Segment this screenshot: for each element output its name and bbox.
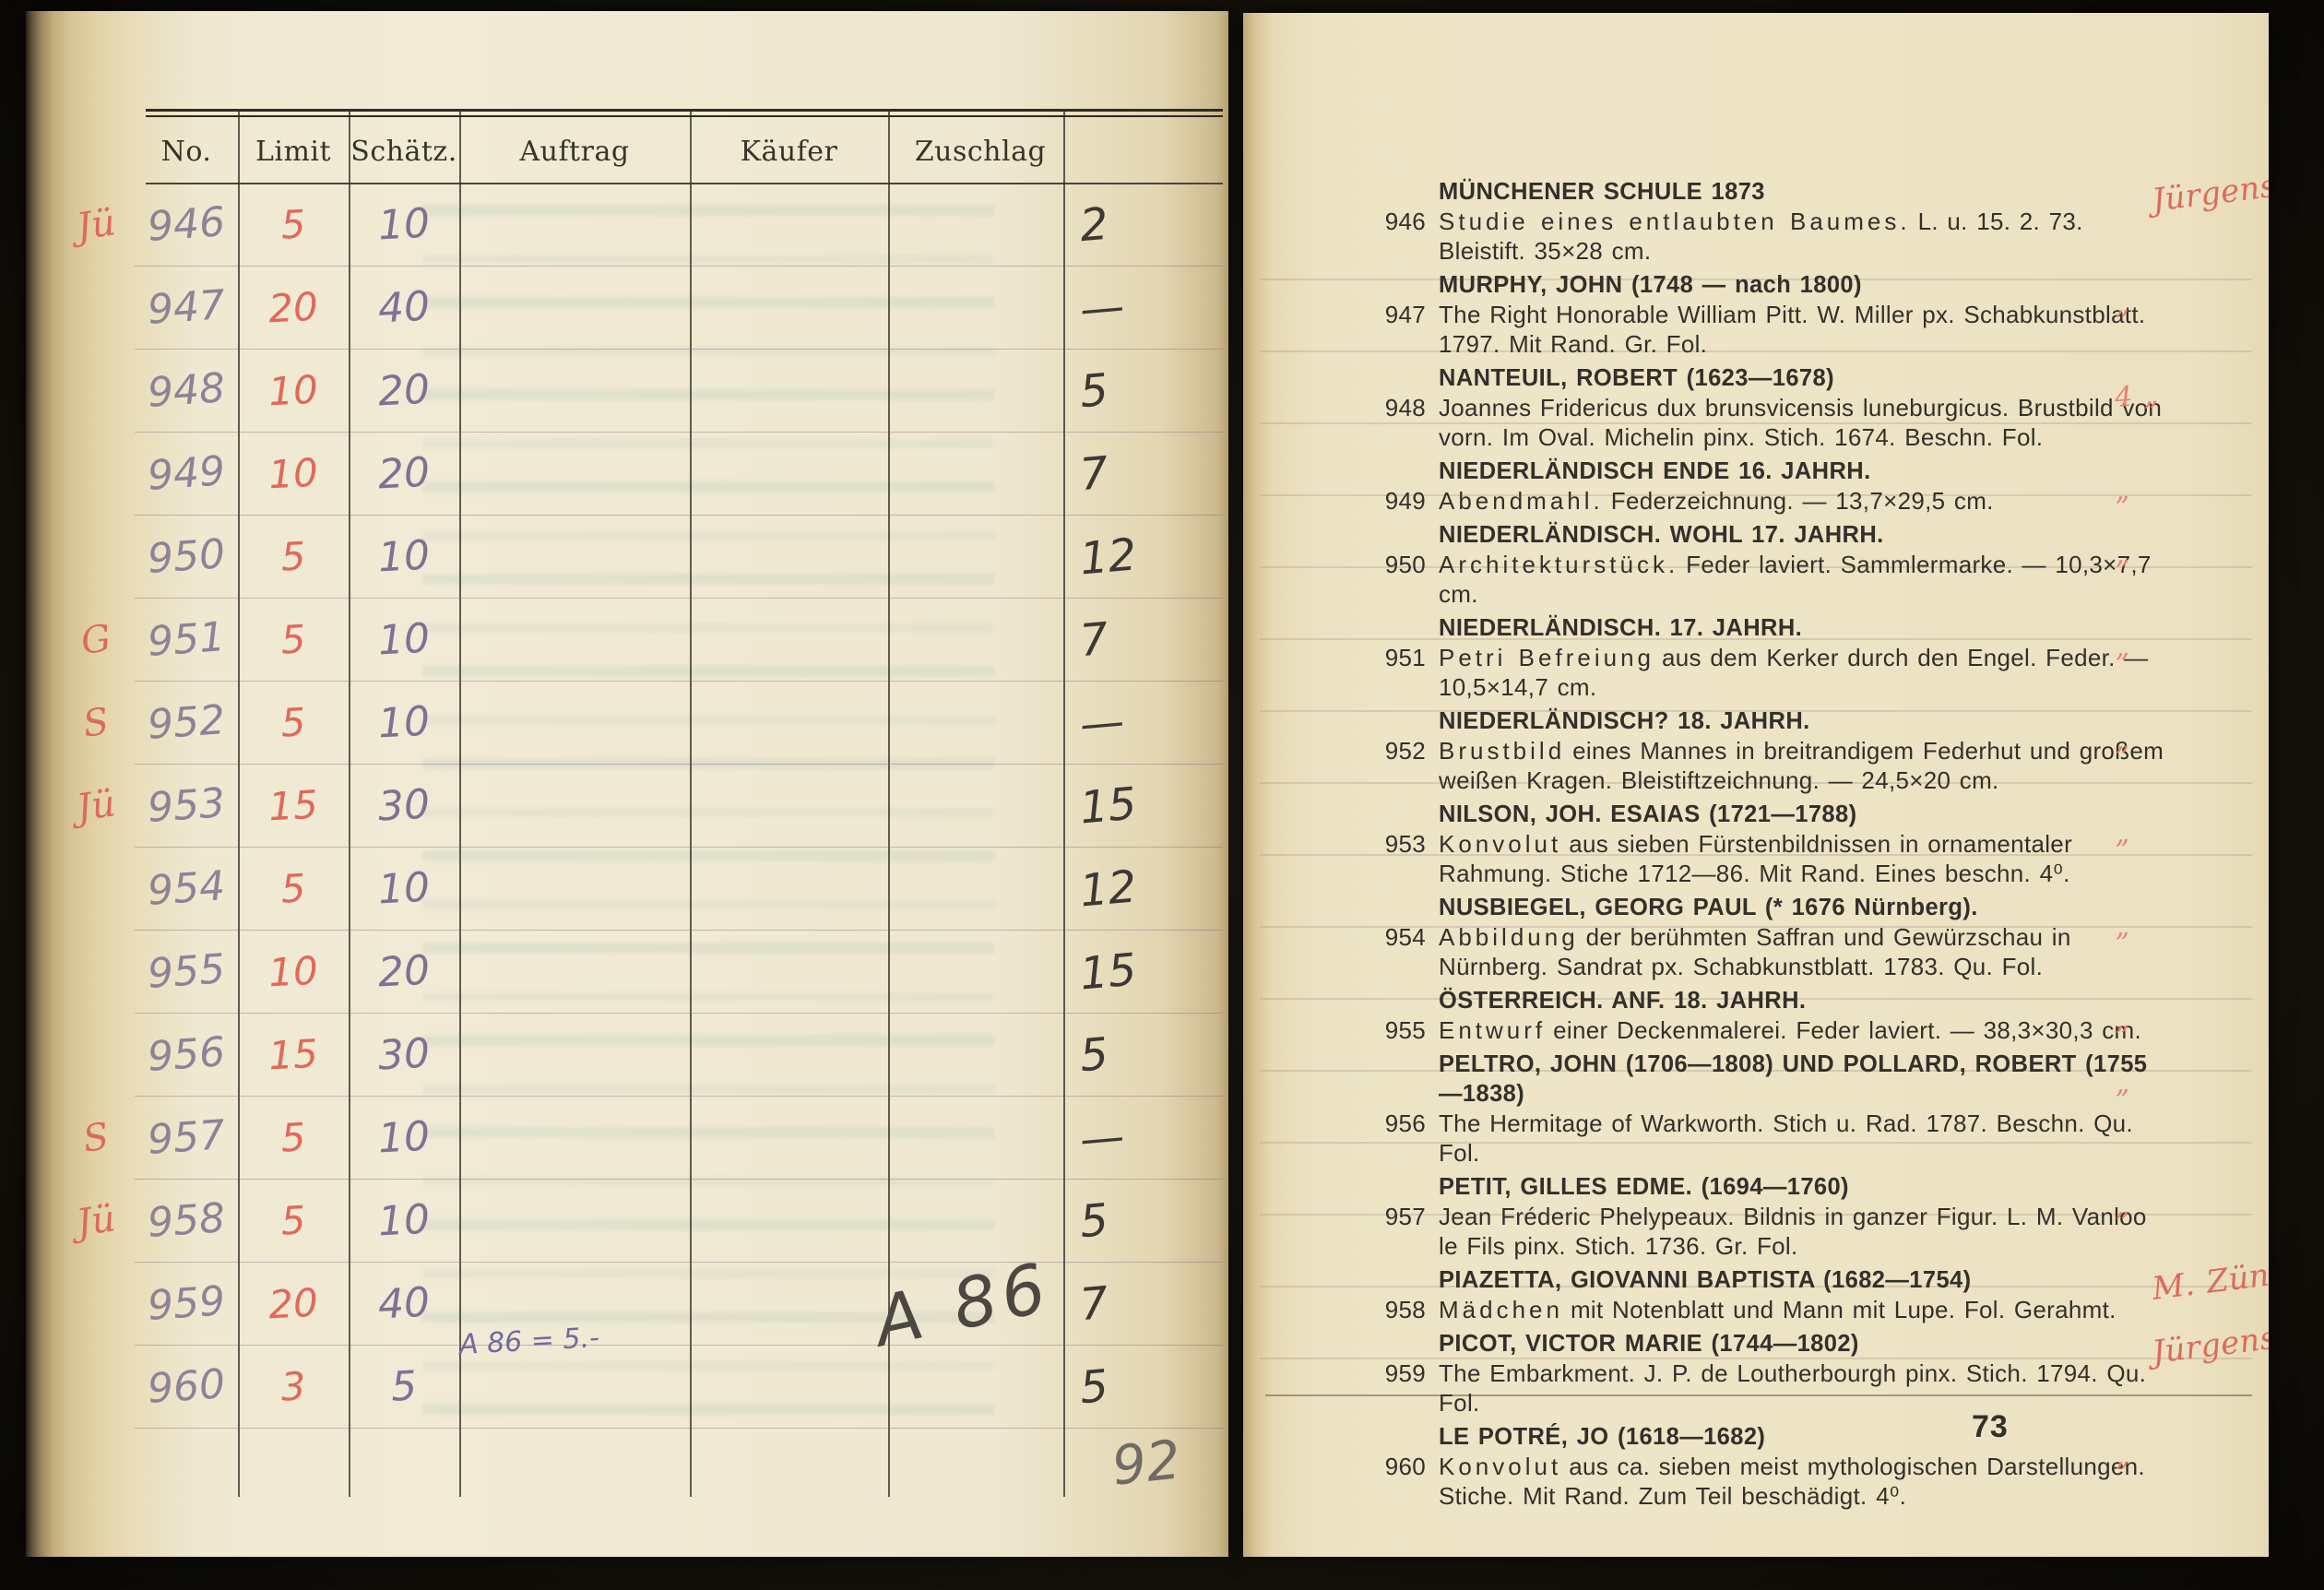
entry-title-spaced: Abendmahl. <box>1439 487 1604 515</box>
lot-number-handwritten: 948 <box>133 363 239 418</box>
limit-value: 5 <box>237 199 350 250</box>
catalog-entry: PICOT, VICTOR MARIE (1744—1802) 959The E… <box>1298 1329 2170 1418</box>
lot-number-handwritten: 954 <box>133 861 239 916</box>
limit-value: 10 <box>237 448 350 499</box>
hammer-price: 7 <box>1076 598 1111 682</box>
lot-number-printed: 946 <box>1298 207 1426 236</box>
row-margin-note: Jü <box>60 780 132 832</box>
artist-heading: NIEDERLÄNDISCH. 17. JAHRH. <box>1298 613 2170 643</box>
table-top-rule-2 <box>146 115 1223 117</box>
catalog-entries: MÜNCHENER SCHULE 1873 946Studie eines en… <box>1298 177 2170 1515</box>
estimate-value: 10 <box>348 696 461 749</box>
estimate-value: 40 <box>348 281 461 334</box>
entry-body: 957Jean Fréderic Phelypeaux. Bildnis in … <box>1298 1202 2170 1261</box>
ledger-page: No. Limit Schätz. Auftrag Käufer Zuschla… <box>26 11 1228 1557</box>
page-number: 73 <box>1972 1409 2009 1445</box>
artist-heading: NUSBIEGEL, GEORG PAUL (* 1676 Nürnberg). <box>1298 893 2170 922</box>
ledger-row: 955 10 20 15 <box>135 931 1223 1014</box>
artist-heading: PETIT, GILLES EDME. (1694—1760) <box>1298 1172 2170 1202</box>
artist-heading: LE POTRÉ, JO (1618—1682) <box>1298 1422 2170 1452</box>
entry-text: mit Notenblatt und Mann mit Lupe. Fol. G… <box>1571 1296 2116 1323</box>
ledger-row: 960 3 5 5 <box>135 1346 1223 1429</box>
row-margin-note: Jü <box>60 1195 132 1247</box>
estimate-value: 10 <box>348 862 461 915</box>
entry-text: Joannes Fridericus dux brunsvicensis lun… <box>1439 394 2162 451</box>
catalog-entry: NANTEUIL, ROBERT (1623—1678) 948Joannes … <box>1298 363 2170 452</box>
lot-number-printed: 947 <box>1298 300 1426 329</box>
entry-title-spaced: Brustbild <box>1439 737 1565 765</box>
table-top-rule <box>146 109 1223 112</box>
catalog-entry: PETIT, GILLES EDME. (1694—1760) 957Jean … <box>1298 1172 2170 1261</box>
row-margin-note <box>63 552 128 561</box>
lot-number-printed: 958 <box>1298 1295 1426 1324</box>
hammer-price: 5 <box>1076 1179 1111 1263</box>
hammer-price: — <box>1076 265 1128 350</box>
limit-value: 10 <box>237 365 350 416</box>
lot-number-handwritten: 959 <box>133 1276 239 1331</box>
entry-body: 951Petri Befreiungaus dem Kerker durch d… <box>1298 643 2170 702</box>
entry-body: 947The Right Honorable William Pitt. W. … <box>1298 300 2170 359</box>
catalog-entry: NILSON, JOH. ESAIAS (1721—1788) 953Konvo… <box>1298 800 2170 888</box>
catalog-entry: MÜNCHENER SCHULE 1873 946Studie eines en… <box>1298 177 2170 266</box>
entry-text: The Embarkment. J. P. de Loutherbourgh p… <box>1439 1359 2146 1417</box>
catalog-entry: NIEDERLÄNDISCH? 18. JAHRH. 952Brustbilde… <box>1298 706 2170 795</box>
ledger-row: 954 5 10 12 <box>135 848 1223 931</box>
row-margin-note <box>63 1050 128 1059</box>
estimate-value: 40 <box>348 1277 461 1330</box>
limit-value: 5 <box>237 1195 350 1246</box>
row-margin-note <box>63 303 128 312</box>
catalog-entry: NIEDERLÄNDISCH. 17. JAHRH. 951Petri Befr… <box>1298 613 2170 702</box>
lot-number-handwritten: 958 <box>133 1193 239 1248</box>
catalog-entry: LE POTRÉ, JO (1618—1682) 960Konvolutaus … <box>1298 1422 2170 1511</box>
limit-value: 15 <box>237 1029 350 1080</box>
row-margin-note <box>63 1299 128 1308</box>
lot-number-printed: 950 <box>1298 550 1426 579</box>
estimate-value: 30 <box>348 1028 461 1081</box>
artist-heading: NIEDERLÄNDISCH. WOHL 17. JAHRH. <box>1298 520 2170 550</box>
open-auction-ledger-scan: No. Limit Schätz. Auftrag Käufer Zuschla… <box>0 0 2324 1590</box>
lot-number-printed: 955 <box>1298 1015 1426 1045</box>
entry-body: 952Brustbildeines Mannes in breitrandige… <box>1298 736 2170 795</box>
entry-body: 954Abbildungder berühmten Saffran und Ge… <box>1298 922 2170 981</box>
entry-text: Federzeichnung. — 13,7×29,5 cm. <box>1611 487 1994 515</box>
entry-body: 960Konvolutaus ca. sieben meist mytholog… <box>1298 1452 2170 1511</box>
catalog-entry: PELTRO, JOHN (1706—1808) UND POLLARD, RO… <box>1298 1050 2170 1168</box>
hammer-price: 5 <box>1076 1345 1111 1429</box>
lot-number-handwritten: 947 <box>133 280 239 335</box>
column-header-zuschlag: Zuschlag <box>888 125 1073 177</box>
hammer-price: 15 <box>1076 763 1140 849</box>
hammer-price: 12 <box>1076 514 1140 600</box>
row-margin-note <box>63 884 128 893</box>
artist-heading: NANTEUIL, ROBERT (1623—1678) <box>1298 363 2170 393</box>
lot-number-handwritten: 956 <box>133 1027 239 1082</box>
ledger-row: Jü 953 15 30 15 <box>135 765 1223 848</box>
limit-value: 3 <box>237 1361 350 1412</box>
ledger-row: 947 20 40 — <box>135 267 1223 350</box>
lot-number-printed: 960 <box>1298 1452 1426 1481</box>
artist-heading: ÖSTERREICH. ANF. 18. JAHRH. <box>1298 986 2170 1015</box>
limit-value: 5 <box>237 531 350 582</box>
entry-body: 948Joannes Fridericus dux brunsvicensis … <box>1298 393 2170 452</box>
hammer-price: — <box>1076 1095 1128 1181</box>
lot-number-handwritten: 951 <box>133 612 239 667</box>
lot-number-handwritten: 952 <box>133 695 239 750</box>
lot-number-printed: 949 <box>1298 486 1426 516</box>
artist-heading: NIEDERLÄNDISCH ENDE 16. JAHRH. <box>1298 457 2170 486</box>
entry-body: 946Studie eines entlaubten Baumes.L. u. … <box>1298 207 2170 266</box>
row-margin-note <box>63 1382 128 1391</box>
catalog-entry: MURPHY, JOHN (1748 — nach 1800) 947The R… <box>1298 270 2170 359</box>
ledger-row: Jü 958 5 10 5 <box>135 1180 1223 1263</box>
estimate-value: 10 <box>348 198 461 251</box>
lot-number-printed: 959 <box>1298 1359 1426 1388</box>
entry-text: Jean Fréderic Phelypeaux. Bildnis in gan… <box>1439 1203 2147 1260</box>
catalog-entry: PIAZETTA, GIOVANNI BAPTISTA (1682—1754) … <box>1298 1265 2170 1324</box>
artist-heading: NILSON, JOH. ESAIAS (1721—1788) <box>1298 800 2170 829</box>
total-note: 92 <box>1109 1428 1184 1497</box>
row-margin-note <box>63 469 128 478</box>
lot-number-printed: 953 <box>1298 829 1426 859</box>
artist-heading: PICOT, VICTOR MARIE (1744—1802) <box>1298 1329 2170 1359</box>
estimate-value: 10 <box>348 530 461 583</box>
catalog-entry: NUSBIEGEL, GEORG PAUL (* 1676 Nürnberg).… <box>1298 893 2170 981</box>
limit-value: 5 <box>237 1112 350 1163</box>
ledger-row: S 952 5 10 — <box>135 682 1223 765</box>
limit-value: 10 <box>237 946 350 997</box>
ledger-row: 956 15 30 5 <box>135 1014 1223 1097</box>
column-header-limit: Limit <box>238 125 349 177</box>
entry-body: 958Mädchenmit Notenblatt und Mann mit Lu… <box>1298 1295 2170 1324</box>
column-header-auftrag: Auftrag <box>459 125 690 177</box>
estimate-value: 5 <box>348 1360 461 1413</box>
entry-title-spaced: Abbildung <box>1439 923 1579 951</box>
catalog-entry: NIEDERLÄNDISCH. WOHL 17. JAHRH. 950Archi… <box>1298 520 2170 609</box>
hammer-price: 2 <box>1076 183 1111 267</box>
artist-heading: MÜNCHENER SCHULE 1873 <box>1298 177 2170 207</box>
artist-heading: PIAZETTA, GIOVANNI BAPTISTA (1682—1754) <box>1298 1265 2170 1295</box>
lot-number-printed: 951 <box>1298 643 1426 672</box>
limit-value: 20 <box>237 282 350 333</box>
lot-number-handwritten: 957 <box>133 1110 239 1165</box>
entry-body: 955Entwurfeiner Deckenmalerei. Feder lav… <box>1298 1015 2170 1045</box>
ledger-table: No. Limit Schätz. Auftrag Käufer Zuschla… <box>135 103 1223 1505</box>
ledger-row: 948 10 20 5 <box>135 350 1223 433</box>
limit-value: 5 <box>237 697 350 748</box>
entry-title-spaced: Mädchen <box>1439 1296 1563 1323</box>
row-margin-note: S <box>60 1112 132 1164</box>
estimate-value: 10 <box>348 1194 461 1247</box>
lot-number-printed: 952 <box>1298 736 1426 765</box>
artist-heading: MURPHY, JOHN (1748 — nach 1800) <box>1298 270 2170 300</box>
column-header-schaetz: Schätz. <box>349 125 459 177</box>
ledger-row: 959 20 40 7 <box>135 1263 1223 1346</box>
entry-title-spaced: Konvolut <box>1439 1453 1561 1480</box>
lot-number-handwritten: 955 <box>133 944 239 999</box>
margin-annotation: Jürgensen <box>2151 160 2269 216</box>
ledger-row: 950 5 10 12 <box>135 516 1223 599</box>
estimate-value: 20 <box>348 364 461 417</box>
lot-number-handwritten: 950 <box>133 529 239 584</box>
limit-value: 5 <box>237 863 350 914</box>
hammer-price: 7 <box>1076 1262 1111 1346</box>
artist-heading: PELTRO, JOHN (1706—1808) UND POLLARD, RO… <box>1298 1050 2170 1109</box>
lot-number-handwritten: 946 <box>133 197 239 252</box>
lot-number-printed: 956 <box>1298 1109 1426 1138</box>
lot-number-printed: 954 <box>1298 922 1426 952</box>
row-margin-note <box>63 386 128 395</box>
entry-body: 959The Embarkment. J. P. de Loutherbourg… <box>1298 1359 2170 1418</box>
entry-title-spaced: Studie eines entlaubten Baumes. <box>1439 208 1911 235</box>
estimate-value: 10 <box>348 613 461 666</box>
limit-value: 5 <box>237 614 350 665</box>
entry-title-spaced: Petri Befreiung <box>1439 644 1654 671</box>
lot-number-printed: 957 <box>1298 1202 1426 1231</box>
hammer-price: 5 <box>1076 1013 1111 1097</box>
entry-body: 950Architekturstück.Feder laviert. Samml… <box>1298 550 2170 609</box>
hammer-price: 15 <box>1076 929 1140 1015</box>
estimate-value: 20 <box>348 447 461 500</box>
entry-text: einer Deckenmalerei. Feder laviert. — 38… <box>1553 1016 2141 1044</box>
catalog-entry: ÖSTERREICH. ANF. 18. JAHRH. 955Entwurfei… <box>1298 986 2170 1045</box>
row-margin-note: G <box>60 614 132 666</box>
artist-heading: NIEDERLÄNDISCH? 18. JAHRH. <box>1298 706 2170 736</box>
lot-number-printed: 948 <box>1298 393 1426 422</box>
ledger-rows: Jü 946 5 10 2 947 20 40 — <box>135 184 1223 1429</box>
catalog-entry: NIEDERLÄNDISCH ENDE 16. JAHRH. 949Abendm… <box>1298 457 2170 516</box>
hammer-price: 7 <box>1076 432 1111 516</box>
lot-number-handwritten: 953 <box>133 778 239 833</box>
limit-value: 20 <box>237 1278 350 1329</box>
ledger-row: G 951 5 10 7 <box>135 599 1223 682</box>
estimate-value: 30 <box>348 779 461 832</box>
ledger-row: Jü 946 5 10 2 <box>135 184 1223 267</box>
estimate-value: 20 <box>348 945 461 998</box>
row-margin-note: S <box>60 697 132 749</box>
hammer-price: — <box>1076 680 1128 765</box>
limit-value: 15 <box>237 780 350 831</box>
row-margin-note <box>63 967 128 976</box>
ledger-row: S 957 5 10 — <box>135 1097 1223 1180</box>
column-header-no: No. <box>135 125 238 177</box>
entry-body: 949Abendmahl.Federzeichnung. — 13,7×29,5… <box>1298 486 2170 516</box>
entry-title-spaced: Konvolut <box>1439 830 1561 858</box>
entry-title-spaced: Entwurf <box>1439 1016 1546 1044</box>
estimate-value: 10 <box>348 1111 461 1164</box>
hammer-price: 12 <box>1076 846 1140 932</box>
column-header-kaeufer: Käufer <box>690 125 888 177</box>
entry-text: The Hermitage of Warkworth. Stich u. Rad… <box>1439 1109 2133 1167</box>
ledger-row: 949 10 20 7 <box>135 433 1223 516</box>
hammer-price: 5 <box>1076 349 1111 433</box>
lot-number-handwritten: 960 <box>133 1359 239 1414</box>
row-margin-note: Jü <box>60 199 132 251</box>
entry-text: The Right Honorable William Pitt. W. Mil… <box>1439 301 2145 358</box>
entry-title-spaced: Architekturstück. <box>1439 551 1678 578</box>
entry-body: 956The Hermitage of Warkworth. Stich u. … <box>1298 1109 2170 1168</box>
lot-number-handwritten: 949 <box>133 446 239 501</box>
catalog-page: MÜNCHENER SCHULE 1873 946Studie eines en… <box>1243 13 2269 1557</box>
entry-body: 953Konvolutaus sieben Fürstenbildnissen … <box>1298 829 2170 888</box>
